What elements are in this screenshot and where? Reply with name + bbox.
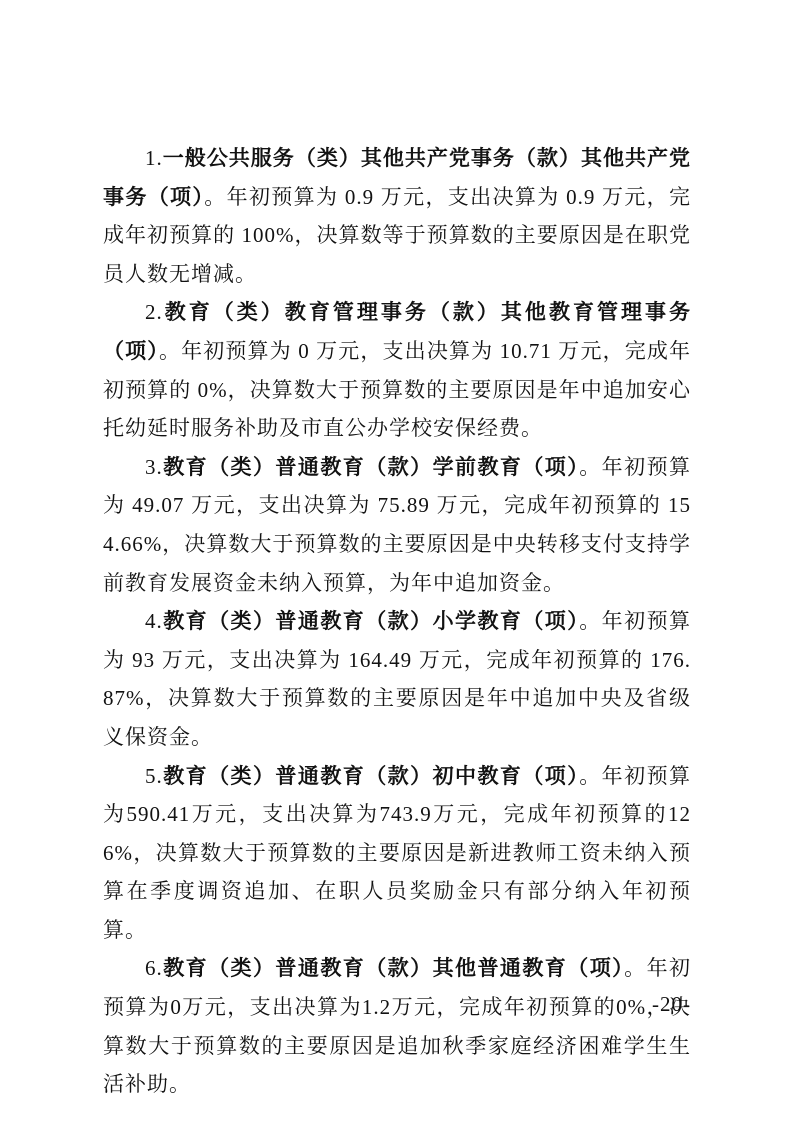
clause-heading: 教育（类）普通教育（款）学前教育（项） [163,455,579,479]
clause-separator: 。 [579,609,601,633]
budget-clause-5: 5.教育（类）普通教育（款）初中教育（项）。年初预算为590.41万元，支出决算… [103,757,691,950]
budget-clause-3: 3.教育（类）普通教育（款）学前教育（项）。年初预算为 49.07 万元，支出决… [103,448,691,602]
clause-number: 3. [145,455,163,479]
budget-clause-2: 2.教育（类）教育管理事务（款）其他教育管理事务（项）。年初预算为 0 万元，支… [103,293,691,447]
clause-number: 2. [145,300,163,324]
clause-separator: 。 [579,764,601,788]
clause-separator: 。 [159,339,181,363]
clause-number: 4. [145,609,163,633]
document-text-block: 1.一般公共服务（类）其他共产党事务（款）其他共产党事务（项）。年初预算为 0.… [103,139,691,1104]
clause-body: 年初预算为 0 万元，支出决算为 10.71 万元，完成年初预算的 0%，决算数… [103,339,691,440]
clause-separator: 。 [579,455,601,479]
clause-number: 6. [145,956,163,980]
clause-heading: 教育（类）普通教育（款）初中教育（项） [163,764,579,788]
budget-clause-4: 4.教育（类）普通教育（款）小学教育（项）。年初预算为 93 万元，支出决算为 … [103,602,691,756]
clause-body: 年初预算为590.41万元，支出决算为743.9万元，完成年初预算的126%，决… [103,764,691,942]
clause-heading: 教育（类）普通教育（款）小学教育（项） [163,609,579,633]
budget-clause-1: 1.一般公共服务（类）其他共产党事务（款）其他共产党事务（项）。年初预算为 0.… [103,139,691,293]
clause-separator: 。 [204,185,226,209]
clause-number: 5. [145,764,163,788]
clause-separator: 。 [624,956,646,980]
budget-clause-6: 6.教育（类）普通教育（款）其他普通教育（项）。年初预算为0万元，支出决算为1.… [103,949,691,1103]
page-number: -20- [103,990,691,1018]
clause-number: 1. [145,146,163,170]
document-page: 1.一般公共服务（类）其他共产党事务（款）其他共产党事务（项）。年初预算为 0.… [0,0,793,1122]
clause-heading: 教育（类）普通教育（款）其他普通教育（项） [163,956,624,980]
